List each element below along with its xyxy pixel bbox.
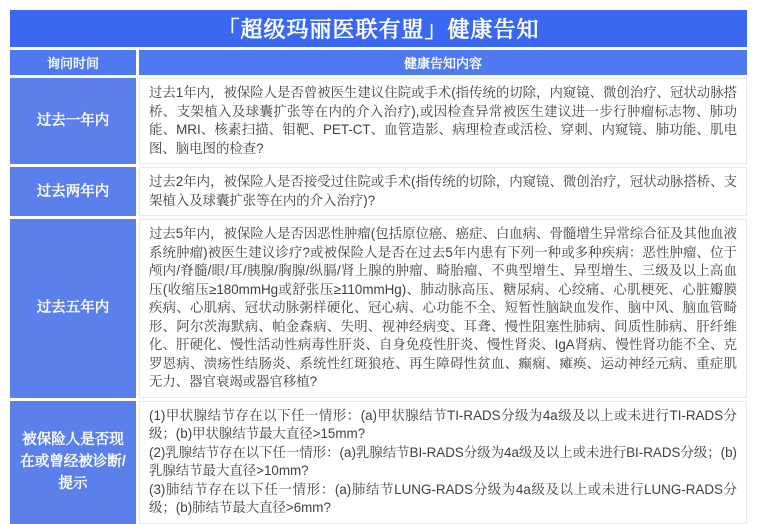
row-label-past-two-years: 过去两年内 [10, 167, 136, 216]
health-notice-page: 「超级玛丽医联有盟」健康告知 询问时间 健康告知内容 过去一年内 过去1年内，被… [0, 0, 757, 524]
header-cell-time: 询问时间 [10, 50, 136, 75]
header-cell-content: 健康告知内容 [139, 50, 747, 75]
row-content-diagnosis-history: (1)甲状腺结节存在以下任一情形：(a)甲状腺结节TI-RADS分级为4a级及以… [139, 401, 747, 524]
page-title: 「超级玛丽医联有盟」健康告知 [10, 10, 747, 47]
row-label-past-one-year: 过去一年内 [10, 78, 136, 164]
table-row-past-five-years: 过去五年内 过去5年内，被保险人是否因恶性肿瘤(包括原位癌、癌症、白血病、骨髓增… [10, 219, 747, 398]
table-row-past-two-years: 过去两年内 过去2年内，被保险人是否接受过住院或手术(指传统的切除，内窥镜、微创… [10, 167, 747, 216]
table-row-diagnosis-history: 被保险人是否现在或曾经被诊断/提示 (1)甲状腺结节存在以下任一情形：(a)甲状… [10, 401, 747, 524]
row-content-past-five-years: 过去5年内，被保险人是否因恶性肿瘤(包括原位癌、癌症、白血病、骨髓增生异常综合征… [139, 219, 747, 398]
row-label-diagnosis-history: 被保险人是否现在或曾经被诊断/提示 [10, 401, 136, 524]
row-label-past-five-years: 过去五年内 [10, 219, 136, 398]
row-content-past-one-year: 过去1年内，被保险人是否曾被医生建议住院或手术(指传统的切除，内窥镜、微创治疗、… [139, 78, 747, 164]
table-row-past-one-year: 过去一年内 过去1年内，被保险人是否曾被医生建议住院或手术(指传统的切除，内窥镜… [10, 78, 747, 164]
page-title-text: 「超级玛丽医联有盟」健康告知 [217, 13, 539, 44]
row-content-past-two-years: 过去2年内，被保险人是否接受过住院或手术(指传统的切除，内窥镜、微创治疗，冠状动… [139, 167, 747, 216]
header-time-label: 询问时间 [47, 53, 99, 72]
table-header-row: 询问时间 健康告知内容 [10, 50, 747, 75]
header-content-label: 健康告知内容 [404, 53, 482, 72]
